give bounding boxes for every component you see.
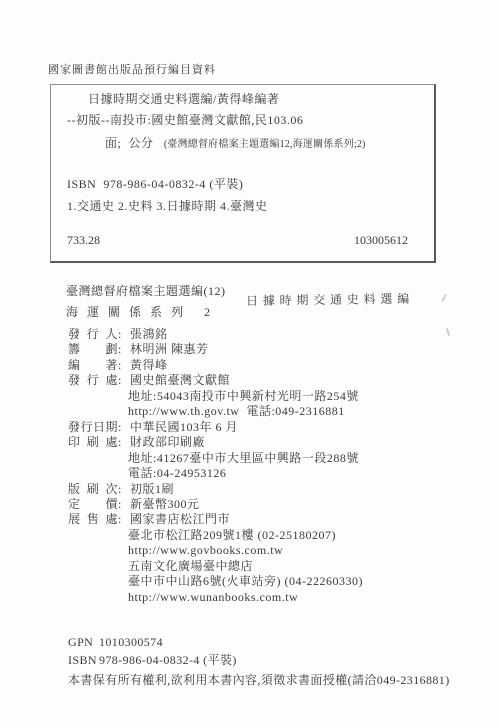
colophon-value: 黃得峰 (130, 358, 168, 372)
colophon-value: 新臺幣300元 (130, 497, 200, 511)
gpn-value: 1010300574 (99, 635, 163, 649)
colophon-colon: : (118, 327, 130, 342)
colophon-extra-line: 電話:04-24953126 (68, 466, 458, 481)
gpn-label: GPN (68, 634, 99, 652)
cip-record-number: 103005612 (354, 233, 408, 248)
colophon-row: 發行人:張鴻銘 (68, 327, 458, 342)
colophon-label: 印刷處 (68, 435, 118, 450)
cip-class-number: 733.28 (67, 233, 100, 248)
colophon-value: 財政部印刷廠 (130, 435, 205, 449)
colophon-entry: 發行處:國史館臺灣文獻館 (68, 373, 458, 388)
colophon-value: 國史館臺灣文獻館 (130, 373, 230, 387)
colophon-colon: : (118, 497, 130, 512)
colophon-label: 發行人 (68, 327, 118, 342)
colophon-row: 發行處:國史館臺灣文獻館地址:54043南投市中興新村光明一路254號http:… (68, 373, 458, 419)
cip-collation: 面; 公分 (105, 136, 164, 150)
colophon-value: 初版1刷 (130, 482, 174, 496)
colophon-extra-line: http://www.th.gov.tw 電話:049-2316881 (68, 404, 458, 419)
cip-subjects: 1.交通史 2.史料 3.日據時期 4.臺灣史 (67, 197, 268, 214)
colophon-value: 國家書店松江門市 (130, 512, 230, 526)
colophon-row: 版刷次:初版1刷 (68, 482, 458, 497)
colophon-entry: 發行日期:中華民國103年 6 月 (68, 420, 458, 435)
colophon-extra-line: 臺北市松江路209號1樓 (02-25180207) (68, 528, 458, 543)
colophon-entry: 編著:黃得峰 (68, 358, 458, 373)
colophon-label: 發行日期 (68, 420, 118, 435)
colophon-value: 中華民國103年 6 月 (130, 420, 238, 434)
colophon-page: 國家圖書館出版品預行編目資料 日據時期交通史料選編/黃得峰編著 --初版--南投… (0, 0, 501, 727)
colophon-entry: 印刷處:財政部印刷廠 (68, 435, 458, 450)
isbn-value: 978-986-04-0832-4 (平裝) (99, 653, 237, 667)
series-title: 臺灣總督府檔案主題選編(12) (66, 282, 226, 299)
colophon-entry: 定價:新臺幣300元 (68, 497, 458, 512)
colophon-entry: 籌劃:林明洲 陳惠芳 (68, 342, 458, 357)
colophon-extra-line: http://www.wunanbooks.com.tw (68, 590, 458, 605)
cip-header: 國家圖書館出版品預行編目資料 (48, 61, 216, 77)
gpn-line: GPN1010300574 (68, 634, 450, 652)
colophon-entry: 發行人:張鴻銘 (68, 327, 458, 342)
colophon-entry: 展售處:國家書店松江門市 (68, 512, 458, 527)
isbn-line: ISBN978-986-04-0832-4 (平裝) (68, 652, 450, 670)
colophon-label: 發行處 (68, 373, 118, 388)
subseries-title: 海運關係系列 2 (66, 303, 219, 320)
colophon-colon: : (118, 358, 130, 373)
colophon-row: 印刷處:財政部印刷廠地址:41267臺中市大里區中興路一段288號電話:04-2… (68, 435, 458, 481)
colophon-label: 展售處 (68, 512, 118, 527)
colophon-extra-line: 地址:41267臺中市大里區中興路一段288號 (68, 451, 458, 466)
colophon-label: 籌劃 (68, 342, 118, 357)
footer-block: GPN1010300574 ISBN978-986-04-0832-4 (平裝)… (68, 634, 450, 689)
colophon-row: 編著:黃得峰 (68, 358, 458, 373)
colophon-colon: : (118, 342, 130, 357)
isbn-label: ISBN (68, 652, 99, 670)
colophon-value: 林明洲 陳惠芳 (130, 342, 209, 356)
colophon-colon: : (118, 420, 130, 435)
colophon-value: 張鴻銘 (130, 327, 168, 341)
cip-title-statement: 日據時期交通史料選編/黃得峰編著 (88, 90, 279, 107)
cip-isbn-line: ISBN 978-986-04-0832-4 (平裝) (67, 175, 243, 192)
colophon-colon: : (118, 373, 130, 388)
colophon-row: 定價:新臺幣300元 (68, 497, 458, 512)
colophon-row: 展售處:國家書店松江門市臺北市松江路209號1樓 (02-25180207)ht… (68, 512, 458, 605)
colophon-extra-line: 臺中市中山路6號(火車站旁) (04-22260330) (68, 574, 458, 589)
colophon-extra-line: 地址:54043南投市中興新村光明一路254號 (68, 389, 458, 404)
colophon-extra-line: 五南文化廣場臺中總店 (68, 559, 458, 574)
colophon-row: 發行日期:中華民國103年 6 月 (68, 420, 458, 435)
colophon-row: 籌劃:林明洲 陳惠芳 (68, 342, 458, 357)
colophon-label: 版刷次 (68, 482, 118, 497)
colophon-list: 發行人:張鴻銘籌劃:林明洲 陳惠芳編著:黃得峰發行處:國史館臺灣文獻館地址:54… (68, 327, 458, 605)
rights-notice: 本書保有所有權利,欲利用本書內容,須徵求書面授權(請洽049-2316881) (68, 672, 450, 690)
scan-artifact-mark (441, 294, 447, 302)
cip-series-note: (臺灣總督府檔案主題選編12,海運關係系列;2) (164, 139, 366, 150)
colophon-colon: : (118, 435, 130, 450)
colophon-extra-line: http://www.govbooks.com.tw (68, 543, 458, 558)
cip-bottom-row: 733.28 103005612 (67, 233, 408, 248)
colophon-label: 編著 (68, 358, 118, 373)
cip-edition-statement: --初版--南投市:國史館臺灣文獻館,民103.06 (67, 111, 303, 128)
cip-collation-line: 面; 公分 (臺灣總督府檔案主題選編12,海運關係系列;2) (105, 134, 366, 151)
colophon-label: 定價 (68, 497, 118, 512)
book-title: 日據時期交通史料選編 (246, 290, 414, 309)
colophon-entry: 版刷次:初版1刷 (68, 482, 458, 497)
colophon-colon: : (118, 512, 130, 527)
colophon-colon: : (118, 482, 130, 497)
cip-box: 日據時期交通史料選編/黃得峰編著 --初版--南投市:國史館臺灣文獻館,民103… (50, 84, 436, 263)
